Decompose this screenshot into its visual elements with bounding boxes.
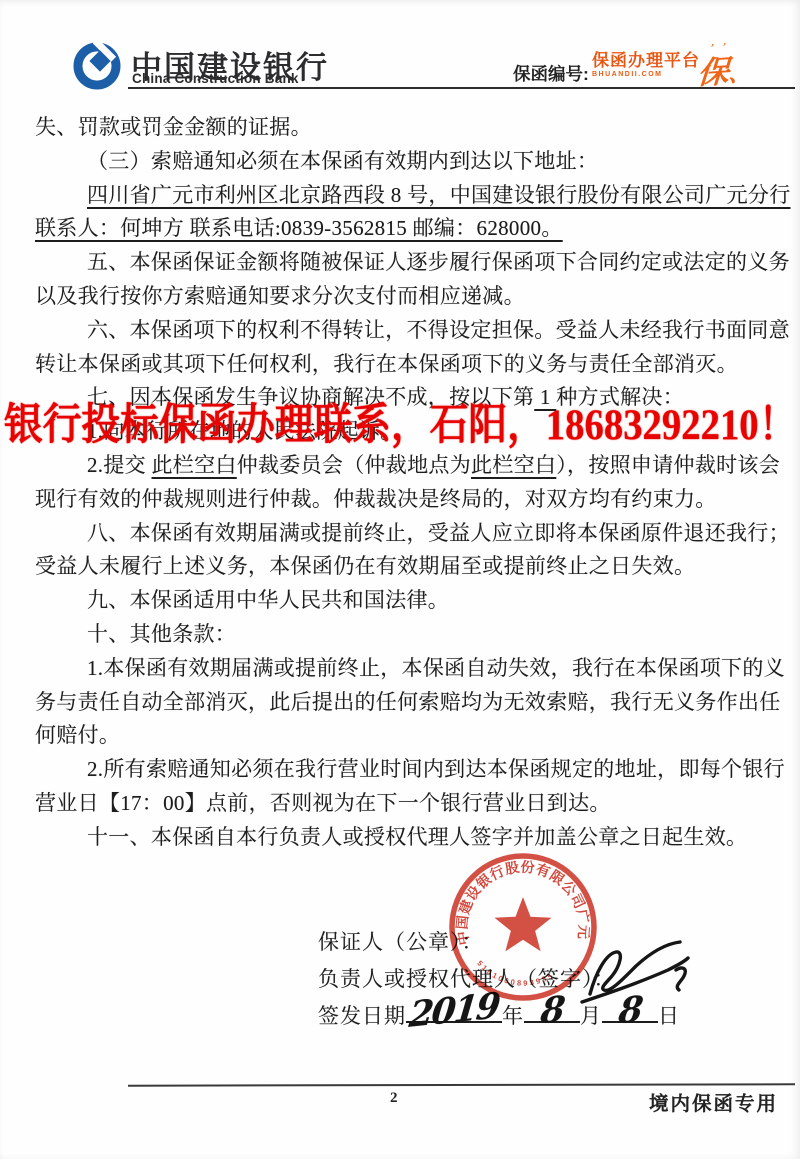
ccb-logo-icon [72,40,122,90]
platform-logo-icon: 保 [696,44,753,93]
document-line: 六、本保函项下的权利不得转让，不得设定担保。受益人未经我行书面同意 [35,314,790,348]
document-line: 何赔付。 [35,719,790,753]
document-line: 九、本保函适用中华人民共和国法律。 [35,584,790,618]
svg-text:5101000893985: 5101000893985 [475,959,556,988]
document-line: 五、本保函保证金额将随被保证人逐步履行保函项下合同约定或法定的义务 [35,246,790,280]
guarantee-number-label: 保函编号: [513,61,589,86]
document-line: 现行有效的仲裁规则进行仲裁。仲裁裁决是终局的，对双方均有约束力。 [35,483,790,517]
issue-date-label: 签发日期 [318,1004,406,1028]
handwritten-signature [576,936,696,1016]
document-line: 营业日【17：00】点前，否则视为在下一个银行营业日到达。 [35,787,790,821]
document-line: 2.提交 此栏空白仲裁委员会（仲裁地点为此栏空白），按照申请仲裁时该会 [35,449,790,483]
stamp-code-text: 5101000893985 [475,959,556,988]
footer-note: 境内保函专用 [649,1088,778,1116]
document-line: 1.本保函有效期届满或提前终止，本保函自动失效，我行在本保函项下的义 [35,652,790,686]
bank-name-english: China Construction Bank [132,71,299,86]
document-line: 四川省广元市利州区北京路西段 8 号，中国建设银行股份有限公司广元分行 [35,179,790,213]
page-number: 2 [390,1090,398,1107]
ad-watermark-overlay: 银行投标保函办理联系，石阳，18683292210！ [4,391,796,452]
document-line: 受益人未履行上述义务，本保函仍在有效期届至或提前终止之日失效。 [35,550,790,584]
stamp-star-icon [495,897,552,951]
scanned-document-page: 中国建设银行 China Construction Bank 保函编号: 保函办… [0,0,800,1159]
platform-watermark-text: 保函办理平台 [592,51,700,70]
document-line: 转让本保函或其项下任何权利，我行在本保函项下的义务与责任全部消灭。 [35,348,790,382]
platform-watermark: 保函办理平台 BHUANDII.COM [592,52,700,78]
document-line: 八、本保函有效期届满或提前终止，受益人应立即将本保函原件退还我行； [35,517,790,551]
year-suffix: 年 [502,1004,524,1028]
document-line: 务与责任自动全部消灭，此后提出的任何索赔均为无效索赔，我行无义务作出任 [35,686,790,720]
document-line: 十、其他条款： [35,618,790,652]
document-line: 2.所有索赔通知必须在我行营业时间内到达本保函规定的地址，即每个银行 [35,753,790,787]
document-body: 失、罚款或罚金金额的证据。（三）索赔通知必须在本保函有效期内到达以下地址：四川省… [35,111,790,855]
document-line: 以及我行按你方索赔通知要求分次支付而相应递减。 [35,280,790,314]
document-line: 失、罚款或罚金金额的证据。 [35,111,790,145]
document-line: 联系人：何坤方 联系电话:0839-3562815 邮编：628000。 [35,212,790,246]
header-rule [128,87,795,89]
platform-watermark-url: BHUANDII.COM [592,71,700,78]
document-line: （三）索赔通知必须在本保函有效期内到达以下地址： [35,145,790,179]
footer-rule [128,1083,795,1086]
document-line: 十一、本保函自本行负责人或授权代理人签字并加盖公章之日起生效。 [35,821,790,855]
